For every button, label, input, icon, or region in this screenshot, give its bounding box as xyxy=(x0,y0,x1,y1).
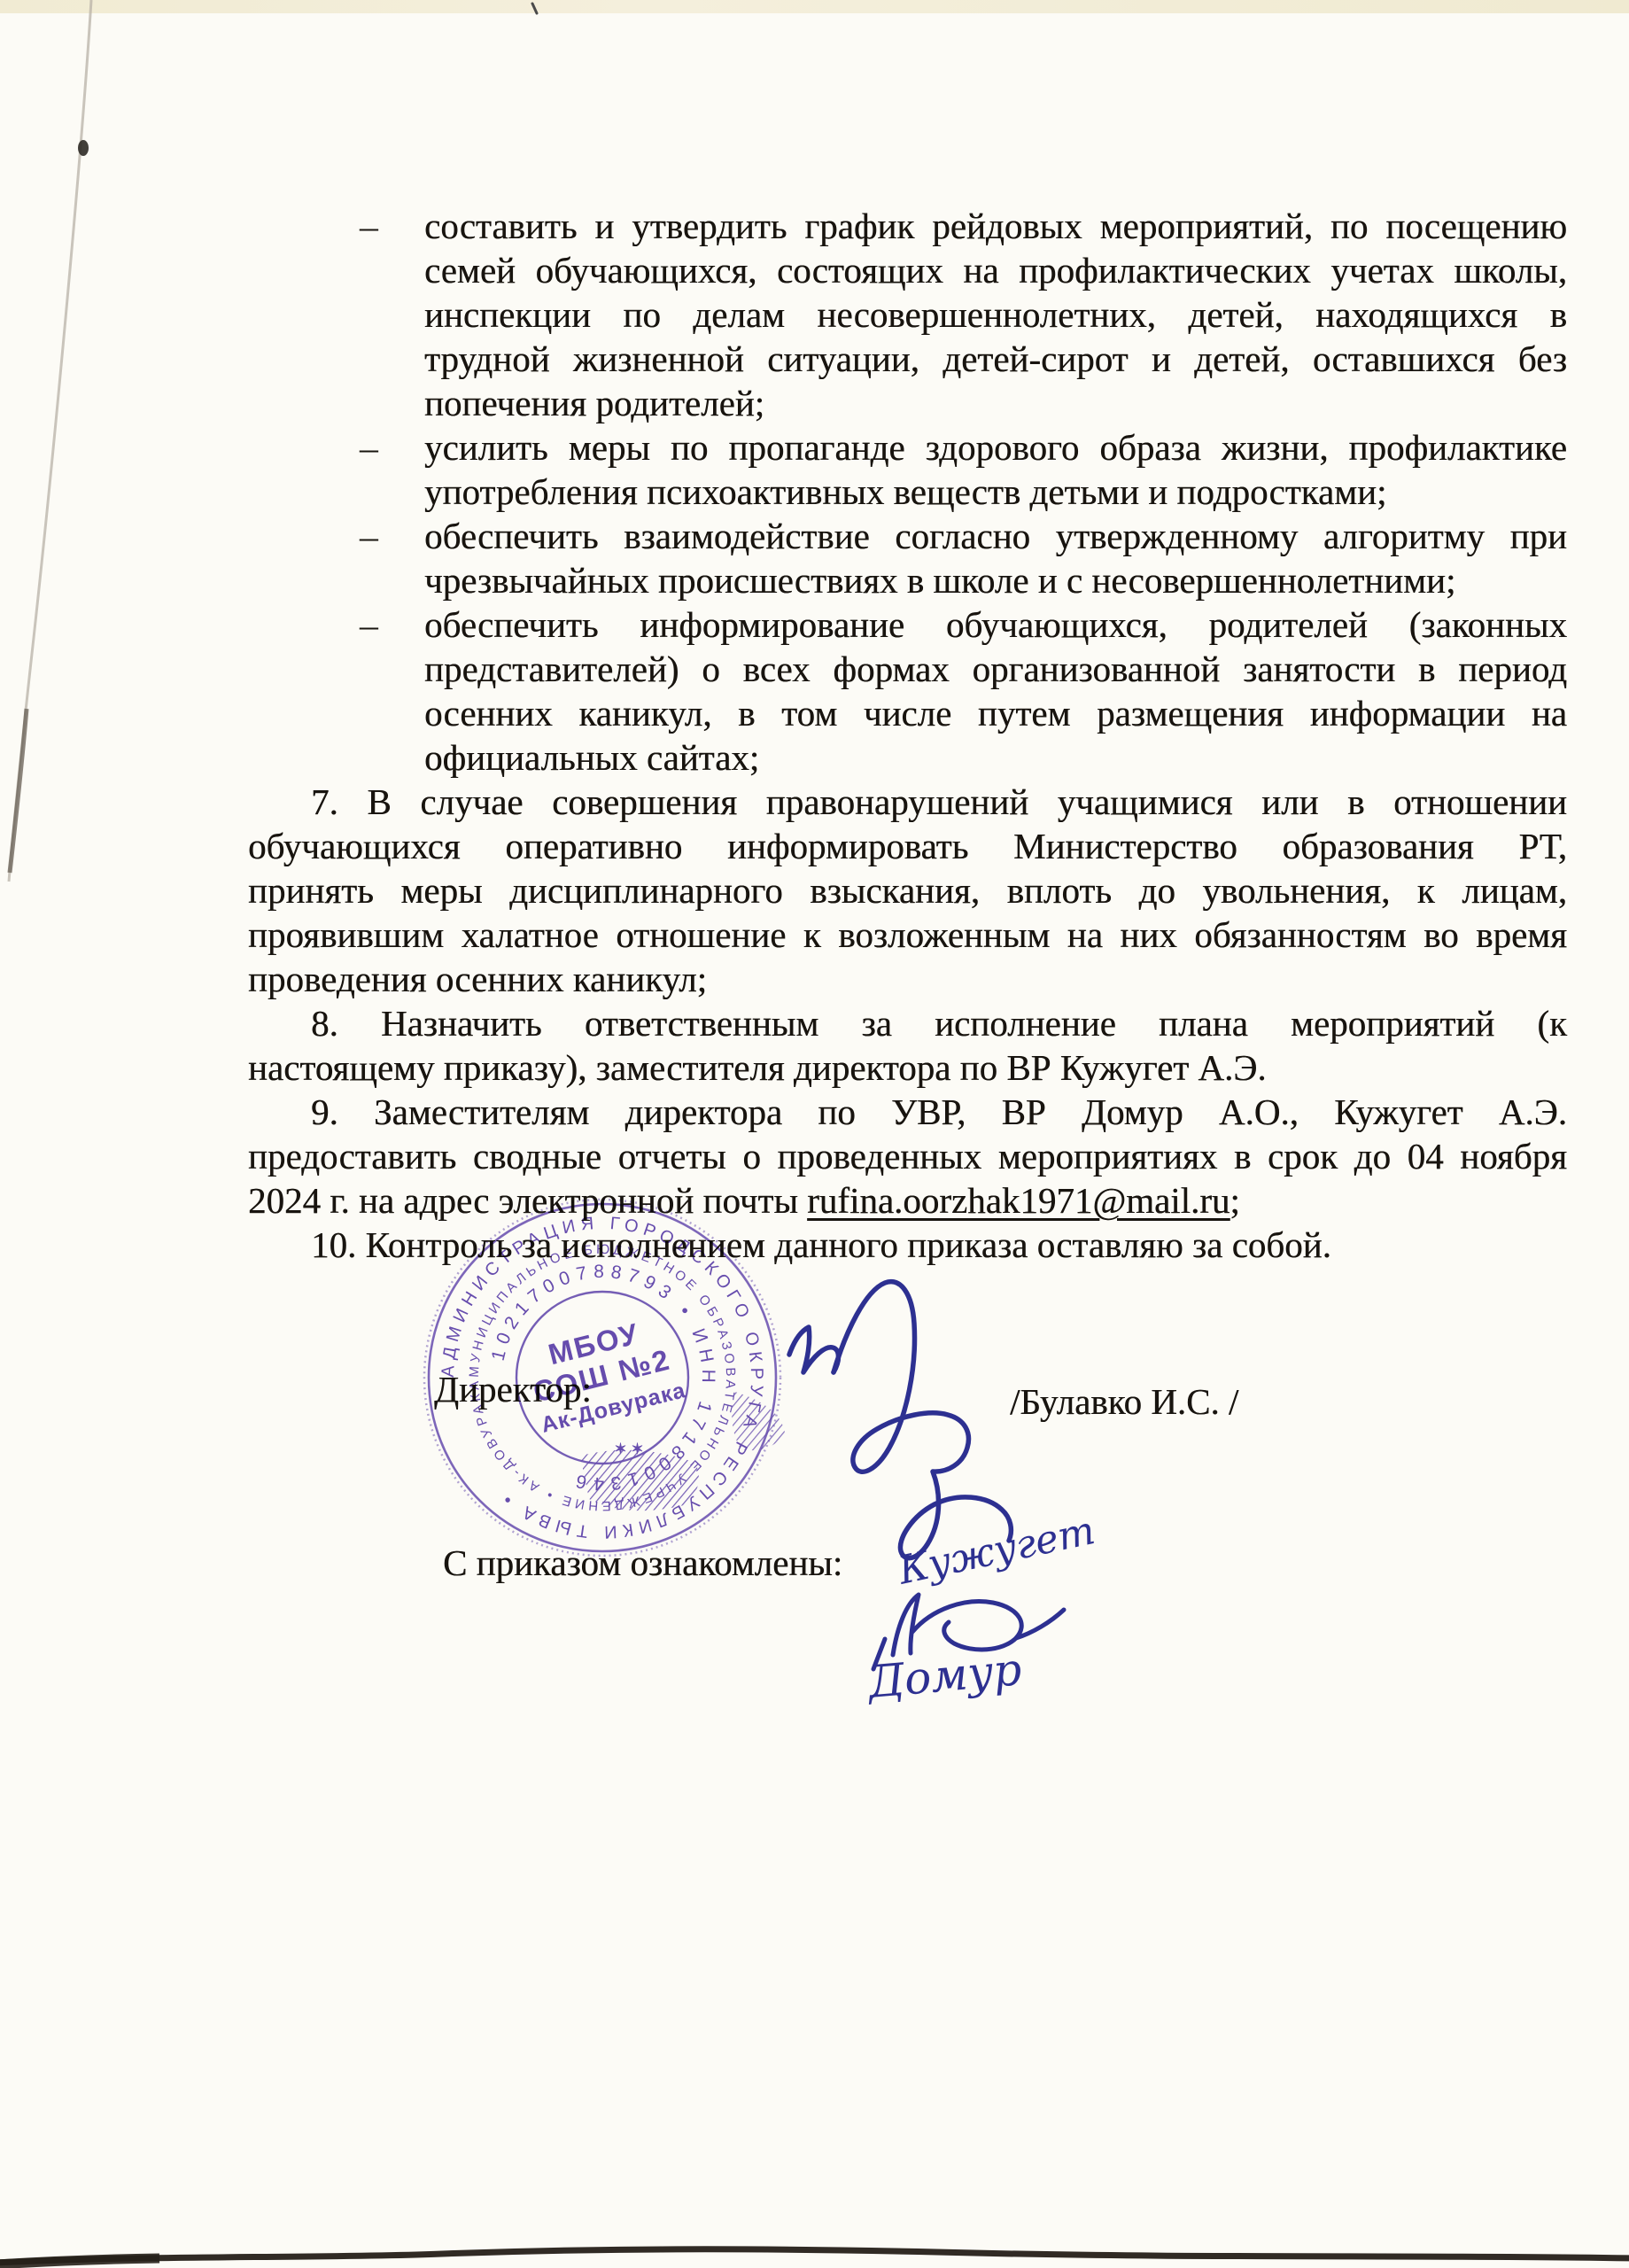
scan-bottom-edge xyxy=(0,2249,1629,2263)
doc-line-text: инспекции по делам несовершеннолетних, д… xyxy=(424,294,1567,335)
bullet-marker: – xyxy=(360,514,378,558)
doc-line: проявившим халатное отношение к возложен… xyxy=(248,913,1567,957)
doc-line: инспекции по делам несовершеннолетних, д… xyxy=(248,292,1567,337)
doc-line-text: настоящему приказу), заместителя директо… xyxy=(248,1047,1267,1088)
doc-line: обучающихся оперативно информировать Мин… xyxy=(248,824,1567,868)
school-stamp-icon: АДМИНИСТРАЦИЯ ГОРОДСКОГО ОКРУГА РЕСПУБЛИ… xyxy=(415,1190,790,1565)
doc-line-text: представителей) о всех формах организова… xyxy=(424,649,1567,689)
doc-line-text: проведения осенних каникул; xyxy=(248,959,707,999)
scan-crease-dark xyxy=(10,709,27,873)
doc-line: принять меры дисциплинарного взыскания, … xyxy=(248,868,1567,913)
doc-line: представителей) о всех формах организова… xyxy=(248,647,1567,691)
doc-line: официальных сайтах; xyxy=(248,735,1567,780)
doc-line: 7. В случае совершения правонарушений уч… xyxy=(248,780,1567,824)
doc-line-text: обучающихся оперативно информировать Мин… xyxy=(248,826,1567,866)
ack-signature-scribble xyxy=(873,1595,1064,1669)
doc-line-text: предоставить сводные отчеты о проведенны… xyxy=(248,1136,1567,1177)
doc-line: употребления психоактивных веществ детьм… xyxy=(248,470,1567,514)
scan-crease xyxy=(9,0,91,882)
doc-line: 9. Заместителям директора по УВР, ВР Дом… xyxy=(248,1090,1567,1134)
doc-line-text: употребления психоактивных веществ детьм… xyxy=(424,471,1386,512)
doc-line-text: проявившим халатное отношение к возложен… xyxy=(248,914,1567,955)
bullet-marker: – xyxy=(360,204,378,248)
doc-line: чрезвычайных происшествиях в школе и с н… xyxy=(248,558,1567,602)
bullet-marker: – xyxy=(360,425,378,470)
doc-line-text: обеспечить информирование обучающихся, р… xyxy=(424,604,1567,645)
stamp-smudge xyxy=(580,1450,699,1511)
scan-top-band xyxy=(0,0,1629,13)
doc-line-text: принять меры дисциплинарного взыскания, … xyxy=(248,870,1567,911)
director-signature xyxy=(789,1282,1011,1558)
doc-line-text: ; xyxy=(1230,1180,1239,1221)
doc-line-text: 9. Заместителям директора по УВР, ВР Дом… xyxy=(311,1091,1567,1132)
scan-bottom-edge-thick xyxy=(0,2258,159,2264)
doc-line: семей обучающихся, состоящих на профилак… xyxy=(248,248,1567,292)
email-text: rufina.oorzhak1971@mail.ru xyxy=(807,1180,1230,1221)
doc-line: –обеспечить информирование обучающихся, … xyxy=(248,602,1567,647)
doc-line-text: усилить меры по пропаганде здорового обр… xyxy=(424,427,1567,468)
director-name: /Булавко И.С. / xyxy=(1010,1380,1238,1423)
doc-line-text: чрезвычайных происшествиях в школе и с н… xyxy=(424,560,1455,601)
doc-line-text: осенних каникул, в том числе путем разме… xyxy=(424,693,1567,734)
doc-line: осенних каникул, в том числе путем разме… xyxy=(248,691,1567,735)
scanned-page: –составить и утвердить график рейдовых м… xyxy=(0,0,1629,2268)
document-body: –составить и утвердить график рейдовых м… xyxy=(248,204,1567,1267)
doc-line: трудной жизненной ситуации, детей-сирот … xyxy=(248,337,1567,381)
doc-line-text: обеспечить взаимодействие согласно утвер… xyxy=(424,516,1567,556)
doc-line: попечения родителей; xyxy=(248,381,1567,425)
doc-line: 8. Назначить ответственным за исполнение… xyxy=(248,1001,1567,1045)
ack-signatures: Кужугет Домур xyxy=(865,1508,1098,1708)
doc-line-text: официальных сайтах; xyxy=(424,737,759,778)
doc-line-text: составить и утвердить график рейдовых ме… xyxy=(424,206,1567,246)
scan-ink-blob xyxy=(78,140,89,156)
doc-line: проведения осенних каникул; xyxy=(248,957,1567,1001)
doc-line-text: попечения родителей; xyxy=(424,383,764,423)
doc-line: –усилить меры по пропаганде здорового об… xyxy=(248,425,1567,470)
doc-line: настоящему приказу), заместителя директо… xyxy=(248,1045,1567,1090)
bullet-marker: – xyxy=(360,602,378,647)
doc-line-text: трудной жизненной ситуации, детей-сирот … xyxy=(424,338,1567,379)
doc-line: –обеспечить взаимодействие согласно утве… xyxy=(248,514,1567,558)
doc-line-text: семей обучающихся, состоящих на профилак… xyxy=(424,250,1567,291)
doc-line-text: 8. Назначить ответственным за исполнение… xyxy=(311,1003,1567,1044)
doc-line: предоставить сводные отчеты о проведенны… xyxy=(248,1134,1567,1178)
ack-signature-kuzhuget: Кужугет xyxy=(894,1508,1099,1594)
ack-signature-domur: Домур xyxy=(865,1643,1024,1708)
doc-line: –составить и утвердить график рейдовых м… xyxy=(248,204,1567,248)
doc-line-text: 7. В случае совершения правонарушений уч… xyxy=(311,781,1567,822)
